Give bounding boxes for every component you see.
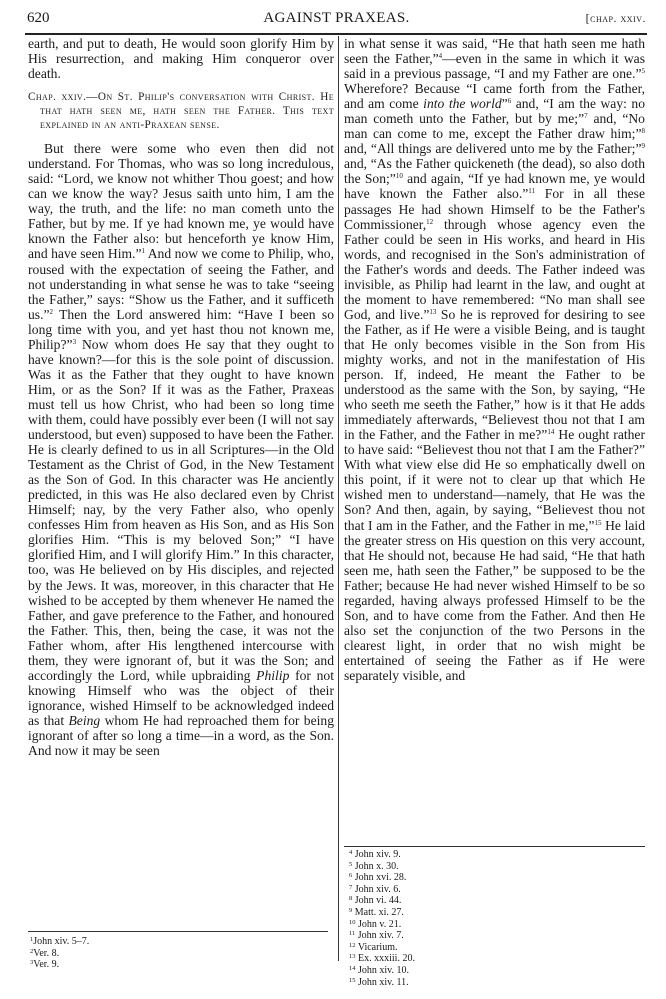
footnote-text: John xiv. 11. xyxy=(358,977,409,988)
footnote: 10 John v. 21. xyxy=(349,919,415,931)
footnote: 13 Ex. xxxiii. 20. xyxy=(349,953,415,965)
paragraph: But there were some who even then did no… xyxy=(28,141,334,758)
footnote-number: 15 xyxy=(349,977,356,984)
footnote: 6 John xvi. 28. xyxy=(349,872,415,884)
footnote-number: 14 xyxy=(349,965,356,972)
paragraph: earth, and put to death, He would soon g… xyxy=(28,36,334,81)
footnote-text: John xiv. 9. xyxy=(355,849,401,860)
chapter-heading: Chap. xxiv.—On St. Philip's conversation… xyxy=(28,90,334,132)
footnote: 5 John x. 30. xyxy=(349,861,415,873)
footnote-number: 7 xyxy=(349,884,352,891)
footnote: 7 John xiv. 6. xyxy=(349,884,415,896)
paragraph: in what sense it was said, “He that hath… xyxy=(344,36,645,683)
footnote-text: Ex. xxxiii. 20. xyxy=(358,953,415,964)
column-divider xyxy=(338,36,339,961)
footnote: 11 John xiv. 7. xyxy=(349,930,415,942)
footnote-number: 6 xyxy=(349,872,352,879)
left-column: earth, and put to death, He would soon g… xyxy=(28,36,334,758)
footnote-text: John xiv. 10. xyxy=(358,965,409,976)
paragraph-text: and, “All things are delivered unto me b… xyxy=(344,141,642,156)
paragraph-text: So he is reproved for desiring to see th… xyxy=(344,307,645,442)
paragraph-text: He laid the greater stress on His questi… xyxy=(344,518,645,683)
page-header: 620 AGAINST PRAXEAS. [chap. xxiv. xyxy=(27,10,646,30)
footnote: 9 Matt. xi. 27. xyxy=(349,907,415,919)
footnote: 4 John xiv. 9. xyxy=(349,849,415,861)
paragraph-text: He ought rather to have said: “Believest… xyxy=(344,427,645,532)
footnote-ref[interactable]: 5 xyxy=(642,67,646,75)
footnote-text: John xiv. 7. xyxy=(358,930,404,941)
footnote-number: 8 xyxy=(349,895,352,902)
footnote-number: 4 xyxy=(349,849,352,856)
footnote-text: Matt. xi. 27. xyxy=(355,907,404,918)
italic-text: into the world xyxy=(423,96,501,111)
footnote-text: John vi. 44. xyxy=(355,895,402,906)
header-rule xyxy=(25,33,647,35)
footnote: 14 John xiv. 10. xyxy=(349,965,415,977)
footnote: 1John xiv. 5–7. xyxy=(30,936,89,948)
footnote-ref[interactable]: 8 xyxy=(642,127,646,135)
paragraph-text: But there were some who even then did no… xyxy=(28,141,334,261)
footnote-text: John xiv. 6. xyxy=(355,884,401,895)
footnote-ref[interactable]: 9 xyxy=(642,142,646,150)
footnote-text: Ver. 9. xyxy=(33,959,59,970)
footnote: 3Ver. 9. xyxy=(30,959,89,971)
footnote-rule-left xyxy=(28,931,328,932)
italic-text: Being xyxy=(68,713,100,728)
right-column: in what sense it was said, “He that hath… xyxy=(344,36,645,683)
footnote-text: John x. 30. xyxy=(355,861,399,872)
paragraph-text: Now whom does He say that they ought to … xyxy=(28,337,334,683)
footnote-text: John v. 21. xyxy=(358,919,401,930)
chapter-reference: [chap. xxiv. xyxy=(586,11,646,26)
footnote-text: Vicarium. xyxy=(358,942,398,953)
footnote-rule-right xyxy=(344,846,645,847)
footnote: 15 John xiv. 11. xyxy=(349,977,415,989)
footnote-number: 11 xyxy=(349,930,355,937)
running-title: AGAINST PRAXEAS. xyxy=(27,10,646,27)
paragraph-text: earth, and put to death, He would soon g… xyxy=(28,36,334,81)
footnote-number: 9 xyxy=(349,907,352,914)
footnote-text: Ver. 8. xyxy=(33,948,59,959)
footnotes-left: 1John xiv. 5–7. 2Ver. 8. 3Ver. 9. xyxy=(30,936,89,971)
footnote: 2Ver. 8. xyxy=(30,948,89,960)
footnote-ref[interactable]: 10 xyxy=(396,172,403,180)
footnote-text: John xvi. 28. xyxy=(355,872,407,883)
footnote: 12 Vicarium. xyxy=(349,942,415,954)
italic-text: Philip xyxy=(256,668,289,683)
footnote-number: 10 xyxy=(349,919,356,926)
footnote: 8 John vi. 44. xyxy=(349,895,415,907)
footnote-text: John xiv. 5–7. xyxy=(33,936,89,947)
footnotes-right: 4 John xiv. 9. 5 John x. 30. 6 John xvi.… xyxy=(349,849,415,988)
footnote-number: 5 xyxy=(349,861,352,868)
footnote-number: 13 xyxy=(349,953,356,960)
footnote-number: 12 xyxy=(349,942,356,949)
